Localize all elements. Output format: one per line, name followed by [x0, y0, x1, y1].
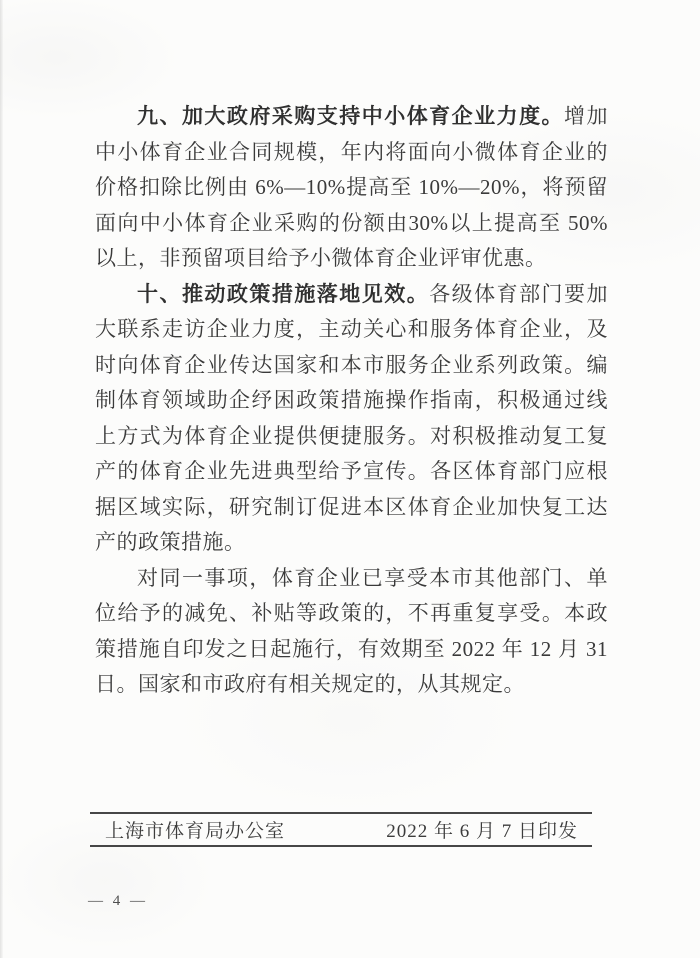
document-page: 九、加大政府采购支持中小体育企业力度。增加中小体育企业合同规模，年内将面向小微体… [0, 0, 700, 958]
paragraph-text: 各级体育部门要加大联系走访企业力度，主动关心和服务体育企业，及时向体育企业传达国… [95, 282, 608, 555]
paragraph-text: 对同一事项，体育企业已享受本市其他部门、单位给予的减免、补贴等政策的，不再重复享… [95, 566, 608, 697]
paragraph: 十、推动政策措施落地见效。各级体育部门要加大联系走访企业力度，主动关心和服务体育… [95, 277, 608, 561]
paragraph-heading: 九、加大政府采购支持中小体育企业力度。 [137, 104, 564, 128]
footer-issuer: 上海市体育局办公室 [105, 816, 285, 843]
paragraph: 对同一事项，体育企业已享受本市其他部门、单位给予的减免、补贴等政策的，不再重复享… [95, 561, 608, 703]
footer-rule-bottom [90, 845, 592, 847]
paragraph-text: 增加中小体育企业合同规模，年内将面向小微体育企业的价格扣除比例由 6%—10%提… [95, 104, 608, 270]
page-number: — 4 — [88, 893, 148, 910]
colophon-footer: 上海市体育局办公室 2022 年 6 月 7 日印发 [90, 814, 592, 845]
paragraph-heading: 十、推动政策措施落地见效。 [137, 282, 429, 306]
document-body: 九、加大政府采购支持中小体育企业力度。增加中小体育企业合同规模，年内将面向小微体… [95, 99, 608, 703]
footer-print-date: 2022 年 6 月 7 日印发 [386, 816, 578, 843]
paragraph: 九、加大政府采购支持中小体育企业力度。增加中小体育企业合同规模，年内将面向小微体… [95, 99, 608, 277]
